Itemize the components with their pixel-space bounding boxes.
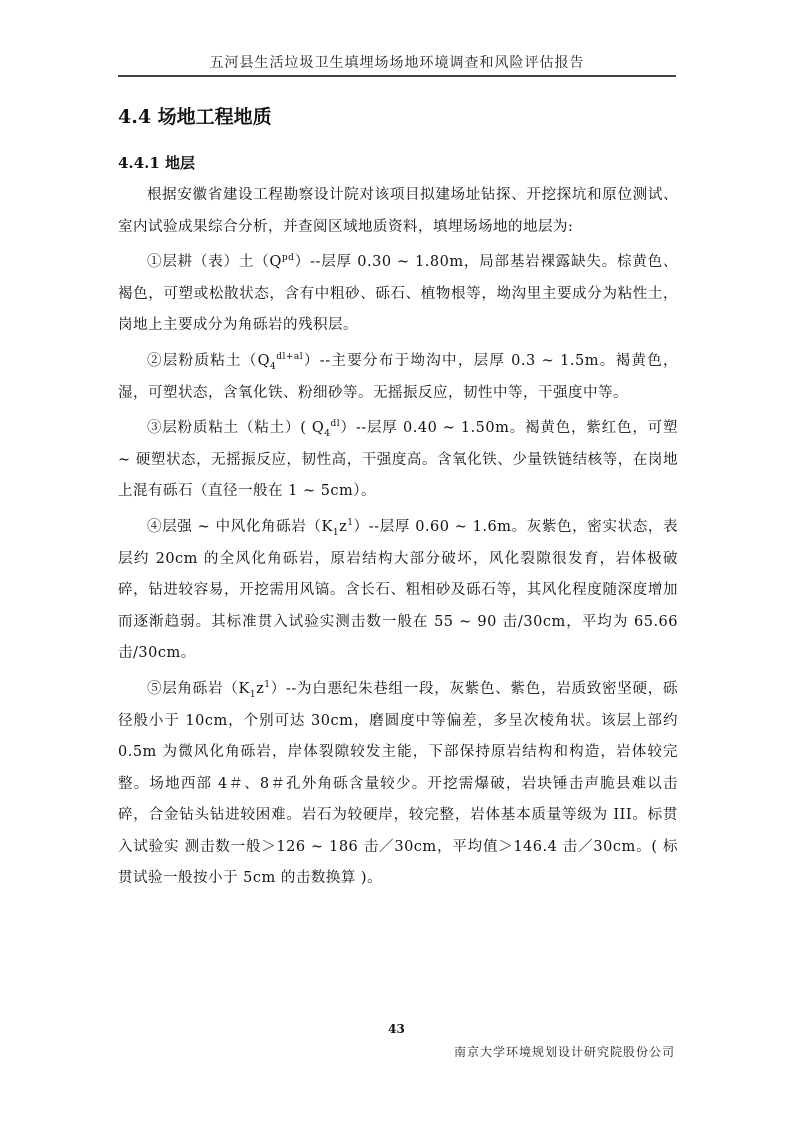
text-run: z bbox=[256, 681, 264, 697]
text-run: ①层耕（表）土（Q bbox=[147, 254, 282, 270]
text-run: ③层粉质粘土（粘土）( Q bbox=[147, 420, 324, 436]
text-run: ）--为白悪纪朱巷组一段，灰紫色、紫色，岩质致密坚硬，砾径般小于 10cm，个别… bbox=[118, 681, 678, 887]
text-run: ②层粉质粘土（Q bbox=[147, 353, 270, 369]
subscript: 4 bbox=[270, 362, 276, 372]
subsection-heading: 4.4.1 地层 bbox=[118, 150, 678, 176]
section-heading: 4.4 场地工程地质 bbox=[118, 102, 678, 132]
text-run: ⑤层角砾岩（K bbox=[147, 681, 250, 697]
page-content: 4.4 场地工程地质 4.4.1 地层 根据安徽省建设工程勘察设计院对该项目拟建… bbox=[118, 102, 678, 895]
subscript: 4 bbox=[324, 429, 330, 439]
layer-2-paragraph: ②层粉质粘土（Q4dl+al）--主要分布于坳沟中，层厚 0.3 ~ 1.5m。… bbox=[118, 346, 678, 409]
intro-paragraph: 根据安徽省建设工程勘察设计院对该项目拟建场址钻探、开挖探坑和原位测试、室内试验成… bbox=[118, 180, 678, 243]
layer-3-paragraph: ③层粉质粘土（粘土）( Q4dl）--层厚 0.40 ~ 1.50m。褐黄色，紫… bbox=[118, 413, 678, 508]
layer-1-paragraph: ①层耕（表）土（Qpd）--层厚 0.30 ~ 1.80m，局部基岩裸露缺失。棕… bbox=[118, 247, 678, 342]
superscript: pd bbox=[282, 253, 295, 263]
layer-4-paragraph: ④层强 ~ 中风化角砾岩（K1z1）--层厚 0.60 ~ 1.6m。灰紫色，密… bbox=[118, 512, 678, 670]
superscript: dl bbox=[331, 419, 341, 429]
header-rule bbox=[118, 75, 676, 77]
layer-5-paragraph: ⑤层角砾岩（K1z1）--为白悪纪朱巷组一段，灰紫色、紫色，岩质致密坚硬，砾径般… bbox=[118, 674, 678, 895]
page-number: 43 bbox=[0, 1022, 793, 1036]
text-run: ）--层厚 0.60 ~ 1.6m。灰紫色，密实状态，表层约 20cm 的全风化… bbox=[118, 519, 678, 661]
running-footer: 南京大学环境规划设计研究院股份公司 bbox=[454, 1043, 675, 1060]
superscript: dl+al bbox=[276, 352, 303, 362]
text-run: ④层强 ~ 中风化角砾岩（K bbox=[147, 519, 333, 535]
document-page: 五河县生活垃圾卫生填埋场场地环境调查和风险评估报告 4.4 场地工程地质 4.4… bbox=[0, 0, 793, 1122]
running-header: 五河县生活垃圾卫生填埋场场地环境调查和风险评估报告 bbox=[118, 52, 676, 72]
